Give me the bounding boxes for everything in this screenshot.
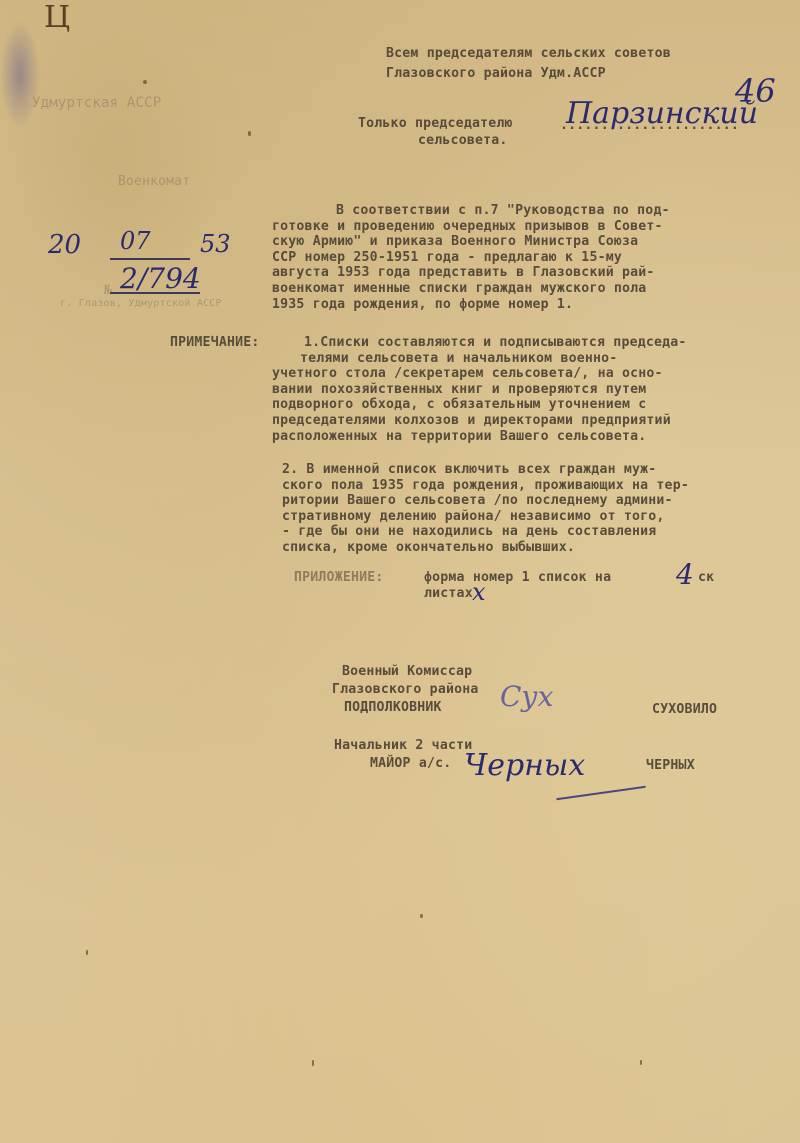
typed-line: вании похозяйственных книг и проверяются…: [272, 382, 646, 398]
registration-day: 20: [48, 230, 81, 260]
registration-number-underline: [110, 292, 200, 294]
typed-line: готовке и проведению очередных призывов …: [272, 219, 663, 235]
paper-fleck: [86, 950, 88, 955]
typed-line: 1.Списки составляются и подписываются пр…: [304, 335, 687, 351]
signature-2-flourish: [556, 786, 645, 800]
to-whom-label-line-2: сельсовета.: [418, 133, 508, 149]
signature-2-name: ЧЕРНЫХ: [646, 758, 695, 774]
attachment-text-line-2: листах: [424, 586, 473, 602]
typed-line: В соответствии с п.7 "Руководства по под…: [336, 203, 670, 219]
typed-line: военкомат именные списки граждан мужског…: [272, 281, 646, 297]
handwritten-page-number: 46: [735, 72, 776, 110]
registration-stamp-caption: г. Глазов, Удмуртской АССР: [60, 296, 222, 312]
addressee-line-2: Глазовского района Удм.АССР: [386, 66, 606, 82]
addressee-line-1: Всем председателям сельских советов: [386, 46, 671, 62]
signature-2-handwritten: Черных: [464, 748, 585, 783]
handwritten-mark: х: [472, 578, 486, 606]
registration-year: 53: [200, 230, 231, 258]
typed-line: скую Армию" и приказа Военного Министра …: [272, 234, 638, 250]
signature-1-line-2: Глазовского района: [332, 682, 479, 698]
typed-line: расположенных на территории Вашего сельс…: [272, 429, 646, 445]
handwritten-recipient-name: Парзинский: [566, 96, 758, 131]
typed-line: стративному делению района/ независимо о…: [282, 509, 665, 525]
typed-line: 2. В именной список включить всех гражда…: [282, 462, 656, 478]
signature-1-line-3: ПОДПОЛКОВНИК: [344, 700, 442, 716]
paper-fleck: [420, 914, 423, 918]
paper-fleck: [312, 1060, 314, 1066]
typed-line: августа 1953 года представить в Глазовск…: [272, 265, 655, 281]
to-whom-label-line-1: Только председателю: [358, 116, 513, 132]
paper-fleck: [640, 1060, 642, 1065]
faint-stamp-line-2: Военкомат: [118, 174, 190, 190]
typed-line: ритории Вашего сельсовета /по последнему…: [282, 493, 673, 509]
typed-line: председателями колхозов и директорами пр…: [272, 413, 671, 429]
registration-month: 07: [120, 227, 151, 255]
signature-1-name: СУХОВИЛО: [652, 702, 717, 718]
attachment-label: ПРИЛОЖЕНИЕ:: [294, 570, 384, 586]
signature-1-line-1: Военный Комиссар: [342, 664, 472, 680]
attachment-text-line-1-end: ск: [698, 570, 714, 586]
signature-1-handwritten: Сух: [500, 680, 553, 713]
typed-line: - где бы они не находились на день соста…: [282, 524, 656, 540]
paper-fleck: [248, 131, 251, 136]
note-label: ПРИМЕЧАНИЕ:: [170, 335, 260, 351]
corner-pencil-mark: Ц: [44, 0, 70, 35]
signature-2-line-1: Начальник 2 части: [334, 738, 472, 754]
signature-2-line-2: МАЙОР а/с.: [370, 756, 451, 772]
typed-line: учетного стола /секретарем сельсовета/, …: [272, 366, 663, 382]
paper-fleck: [143, 80, 147, 84]
typed-line: списка, кроме окончательно выбывших.: [282, 540, 575, 556]
typed-line: ССР номер 250-1951 года - предлагаю к 15…: [272, 250, 622, 266]
faint-stamp-line-1: Удмуртская АССР: [32, 96, 161, 112]
typed-line: подворного обхода, с обязательным уточне…: [272, 397, 646, 413]
typed-line: ского пола 1935 года рождения, проживающ…: [282, 478, 689, 494]
archival-document-page: Ц Удмуртская АССР Военкомат Всем председ…: [0, 0, 800, 1143]
typed-line: телями сельсовета и начальником военно-: [300, 351, 617, 367]
registration-number: 2/794: [120, 262, 201, 295]
registration-date-underline: [110, 258, 190, 260]
handwritten-sheet-count: 4: [676, 558, 694, 591]
typed-line: 1935 года рождения, по форме номер 1.: [272, 297, 573, 313]
attachment-text-line-1: форма номер 1 список на: [424, 570, 644, 586]
